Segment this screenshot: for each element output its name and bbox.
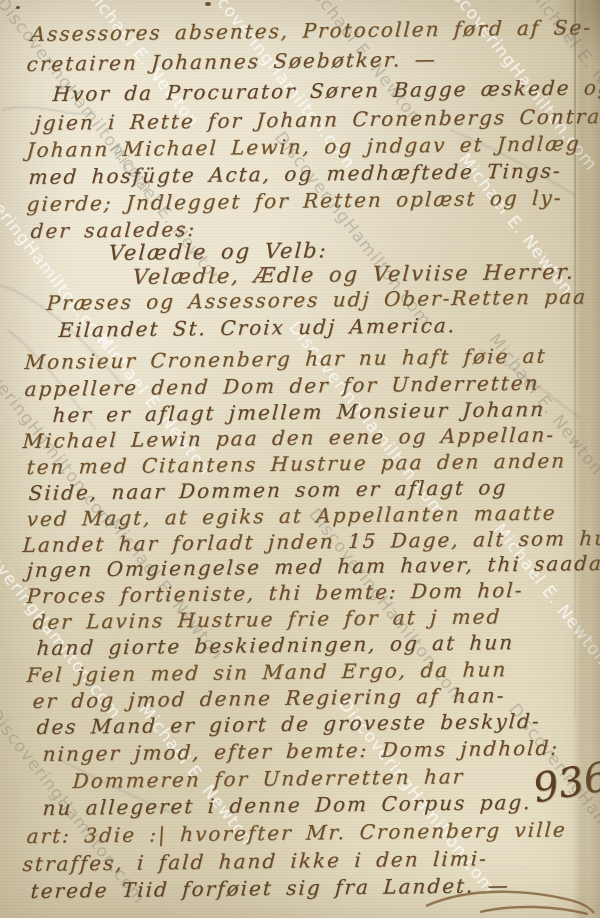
manuscript-line: Monsieur Cronenberg har nu haft føie at <box>24 344 547 374</box>
manuscript-line-salutation: Velædle og Velb: <box>108 238 328 265</box>
manuscript-line: Hvor da Procurator Søren Bagge æskede og <box>52 75 600 106</box>
manuscript-line: Assessores absentes, Protocollen førd af… <box>30 15 593 46</box>
manuscript-scan: DiscoveringHamilton.com Michael E. Newto… <box>0 0 600 918</box>
manuscript-line: der Lavins Hustrue frie for at j med <box>32 604 502 634</box>
manuscript-line: Præses og Assessores udj Ober-Retten paa <box>46 284 588 315</box>
manuscript-line: der saaledes: <box>30 217 197 243</box>
manuscript-line: Johann Michael Lewin, og jndgav et Jndlæ… <box>26 131 581 162</box>
manuscript-line: terede Tiid forføiet sig fra Landet. — <box>30 873 511 903</box>
manuscript-line: cretairen Johannes Søebøtker. — <box>26 47 438 76</box>
manuscript-line: jgien i Rette for Johann Cronenbergs Con… <box>34 104 600 135</box>
manuscript-line: er dog jmod denne Regiering af han- <box>32 683 506 713</box>
manuscript-line: her er aflagt jmellem Monsieur Johann <box>52 397 546 427</box>
manuscript-line: des Mand er giort de groveste beskyld- <box>36 709 541 739</box>
manuscript-line: Dommeren for Underretten har <box>72 764 465 793</box>
manuscript-line: Siide, naar Dommen som er aflagt og <box>28 475 508 505</box>
manuscript-line: appellere dend Dom der for Underretten <box>24 371 540 401</box>
manuscript-line: gierde; Jndlegget for Retten oplæst og l… <box>26 185 563 216</box>
ink-speck <box>205 2 211 6</box>
manuscript-line: straffes, i fald hand ikke i den limi- <box>22 846 489 876</box>
manuscript-line: art: 3die :| hvorefter Mr. Cronenberg vi… <box>26 817 567 848</box>
page-edge-crease <box>574 0 576 716</box>
manuscript-line: Fel jgien med sin Mand Ergo, da hun <box>26 657 508 687</box>
manuscript-line: med hosfügte Acta, og medhæftede Tings- <box>28 158 562 189</box>
manuscript-line: Eilandet St. Croix udj America. <box>58 313 457 342</box>
page-corner-shadow <box>548 0 600 66</box>
manuscript-line: hand giorte beskiedningen, og at hun <box>36 630 515 660</box>
manuscript-line: Michael Lewin paa den eene og Appellan- <box>22 422 556 453</box>
ink-speck <box>16 6 20 9</box>
manuscript-line: ninger jmod, efter bemte: Doms jndhold: <box>42 736 560 766</box>
page-edge <box>572 0 600 918</box>
manuscript-line: nu allegeret i denne Dom Corpus pag. <box>42 790 532 820</box>
manuscript-line: Proces fortieniste, thi bemte: Dom hol- <box>26 578 524 608</box>
